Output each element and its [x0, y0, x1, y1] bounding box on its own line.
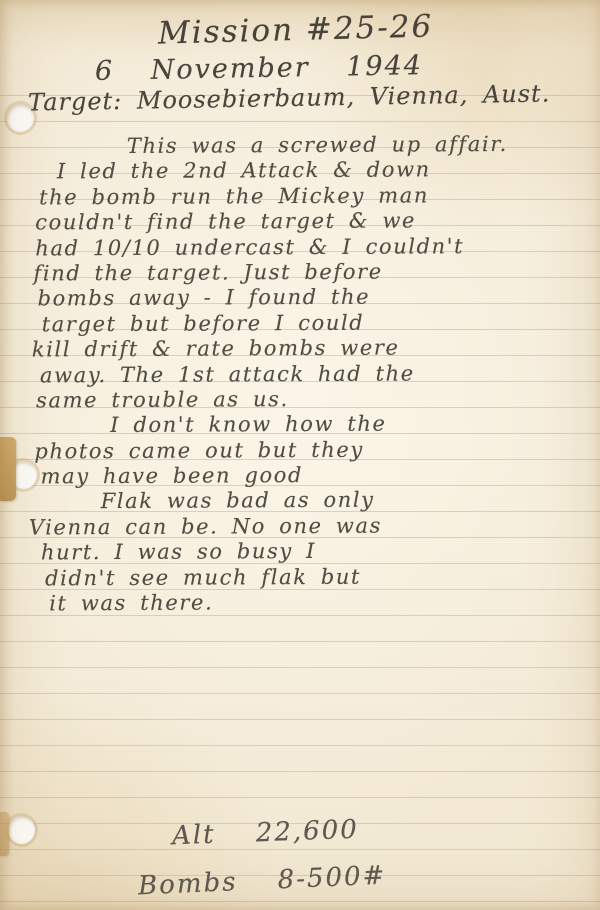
handwritten-line: bombs away - I found the [38, 284, 588, 312]
handwritten-line: target but before I could [42, 309, 588, 337]
date-line: 6 November 1944 [95, 50, 423, 87]
handwritten-line: may have been good [40, 462, 588, 490]
handwritten-line: away. The 1st attack had the [40, 360, 588, 388]
handwritten-line: Vienna can be. No one was [29, 512, 589, 540]
tape-patch [0, 437, 16, 501]
handwritten-line: didn't see much flak but [45, 563, 589, 591]
handwritten-line: find the target. Just before [33, 258, 587, 286]
tape-smudge-bottom [0, 812, 9, 856]
journal-body: This was a screwed up affair. I led the … [27, 132, 590, 617]
handwritten-line: I led the 2nd Attack & down [57, 157, 587, 185]
handwritten-line: it was there. [49, 589, 589, 617]
handwritten-line: the bomb run the Mickey man [39, 182, 587, 210]
handwritten-line: kill drift & rate bombs were [32, 335, 588, 363]
handwritten-line: couldn't find the target & we [35, 208, 587, 236]
handwritten-line: had 10/10 undercast & I couldn't [35, 233, 587, 261]
handwritten-line: Flak was bad as only [101, 487, 589, 515]
handwritten-line: same trouble as us. [36, 385, 588, 413]
notebook-page: Mission #25-26 6 November 1944 Target: M… [0, 0, 600, 910]
mission-title: Mission #25-26 [158, 8, 434, 51]
handwritten-line: This was a screwed up affair. [127, 132, 587, 160]
handwritten-line: I don't know how the [110, 411, 588, 439]
handwritten-line: photos came out but they [34, 436, 588, 464]
handwritten-line: hurt. I was so busy I [41, 538, 589, 566]
